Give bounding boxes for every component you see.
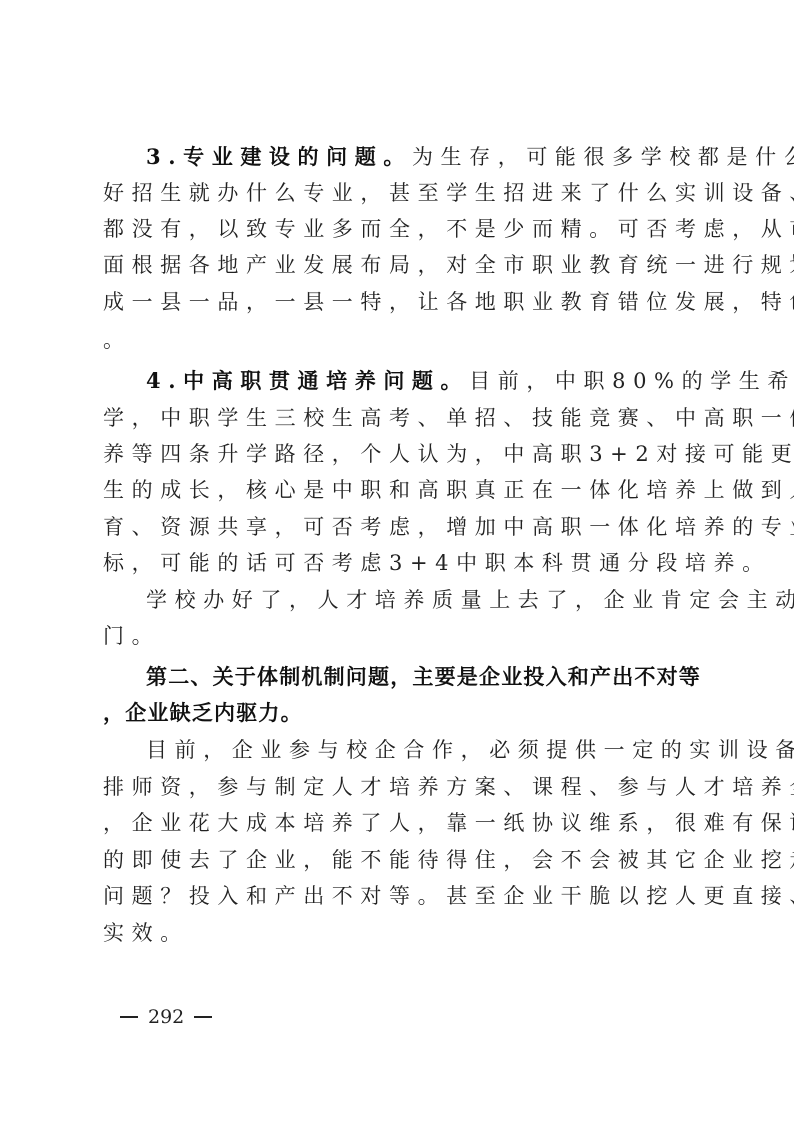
part2-line-6: 实效。	[103, 919, 683, 947]
part2-line-1: 目前，企业参与校企合作，必须提供一定的实训设备，安	[146, 736, 726, 764]
section4-line-2: 学，中职学生三校生高考、单招、技能竞赛、中高职一体化培	[103, 404, 683, 432]
section4-heading: 4.中高职贯通培养问题。	[146, 368, 469, 393]
conclusion-line-2: 门。	[103, 622, 683, 650]
section3-line-6: 。	[103, 326, 683, 354]
dash-right-decoration	[194, 1016, 212, 1018]
section3-line-2: 好招生就办什么专业，甚至学生招进来了什么实训设备、师资	[103, 179, 683, 207]
part2-line-4: 的即使去了企业，能不能待得住，会不会被其它企业挖走也是	[103, 846, 683, 874]
section3-line-1: 3.专业建设的问题。为生存，可能很多学校都是什么专业	[146, 143, 726, 171]
section4-line-1: 4.中高职贯通培养问题。目前，中职80%的学生希望继续升	[146, 367, 726, 395]
section3-line-4: 面根据各地产业发展布局，对全市职业教育统一进行规划，形	[103, 251, 683, 279]
part2-line-5: 问题？投入和产出不对等。甚至企业干脆以挖人更直接、更具	[103, 882, 683, 910]
dash-left-decoration	[120, 1016, 138, 1018]
section4-line-6: 标，可能的话可否考虑3+4中职本科贯通分段培养。	[103, 549, 683, 577]
section4-line-3: 养等四条升学路径，个人认为，中高职3+2对接可能更有利于学	[103, 440, 683, 468]
section4-line-4: 生的成长，核心是中职和高职真正在一体化培养上做到人才共	[103, 476, 683, 504]
document-page: 3.专业建设的问题。为生存，可能很多学校都是什么专业 好招生就办什么专业，甚至学…	[0, 0, 794, 1123]
part2-heading-line-2: ，企业缺乏内驱力。	[103, 699, 683, 727]
section4-text: 目前，中职80%的学生希望继续升	[469, 369, 794, 393]
page-number: 292	[148, 1006, 184, 1028]
conclusion-line-1: 学校办好了，人才培养质量上去了，企业肯定会主动找上	[146, 586, 726, 614]
section3-heading: 3.专业建设的问题。	[146, 144, 412, 169]
part2-line-3: ，企业花大成本培养了人，靠一纸协议维系，很难有保证，有	[103, 809, 683, 837]
section3-text: 为生存，可能很多学校都是什么专业	[412, 145, 794, 169]
section3-line-3: 都没有，以致专业多而全，不是少而精。可否考虑，从市级层	[103, 215, 683, 243]
page-footer: 292	[120, 1006, 212, 1028]
part2-line-2: 排师资，参与制定人才培养方案、课程、参与人才培养全过程	[103, 773, 683, 801]
section4-line-5: 育、资源共享，可否考虑，增加中高职一体化培养的专业和指	[103, 513, 683, 541]
part2-heading-line-1: 第二、关于体制机制问题，主要是企业投入和产出不对等	[146, 663, 726, 691]
section3-line-5: 成一县一品，一县一特，让各地职业教育错位发展，特色发展	[103, 288, 683, 316]
